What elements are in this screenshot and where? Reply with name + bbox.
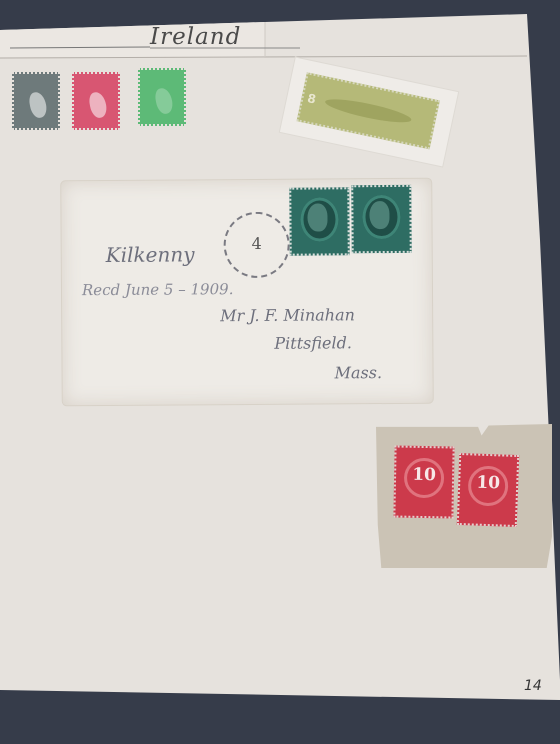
postmark: 4 <box>223 212 289 278</box>
washington-stamp-1 <box>289 187 349 255</box>
received-date: Recd June 5 – 1909. <box>82 280 234 299</box>
due-denomination: 10 <box>396 465 452 486</box>
page-heading: Ireland <box>150 24 241 50</box>
address-line-1: Mr J. F. Minahan <box>220 305 355 325</box>
portrait-icon <box>369 201 389 229</box>
address-line-2: Pittsfield. <box>274 333 352 353</box>
postmark-day: 4 <box>226 234 288 253</box>
sword-icon <box>154 87 174 115</box>
page-number: 14 <box>524 678 542 694</box>
ireland-stamp-red <box>72 72 120 130</box>
airmail-denomination: 8 <box>306 91 317 106</box>
washington-stamp-2 <box>351 185 411 253</box>
address-line-3: Mass. <box>335 363 383 382</box>
envelope-notation: Kilkenny <box>106 242 195 267</box>
ireland-map-icon <box>28 91 48 119</box>
ireland-stamp-grey <box>12 72 60 130</box>
due-denomination: 10 <box>460 472 517 494</box>
postage-due-stamp-1: 10 <box>393 445 454 518</box>
ireland-stamp-green <box>138 68 186 126</box>
postage-due-stamp-2: 10 <box>457 453 519 527</box>
ireland-map-icon <box>88 91 108 119</box>
portrait-icon <box>307 203 327 231</box>
us-airmail-stamp: 8 <box>297 72 440 149</box>
album-page: Ireland 8 4 Kilkenny Recd June 5 – 1909.… <box>0 0 560 744</box>
winged-globe-icon <box>324 95 413 127</box>
envelope-cover: 4 Kilkenny Recd June 5 – 1909. Mr J. F. … <box>61 179 433 406</box>
